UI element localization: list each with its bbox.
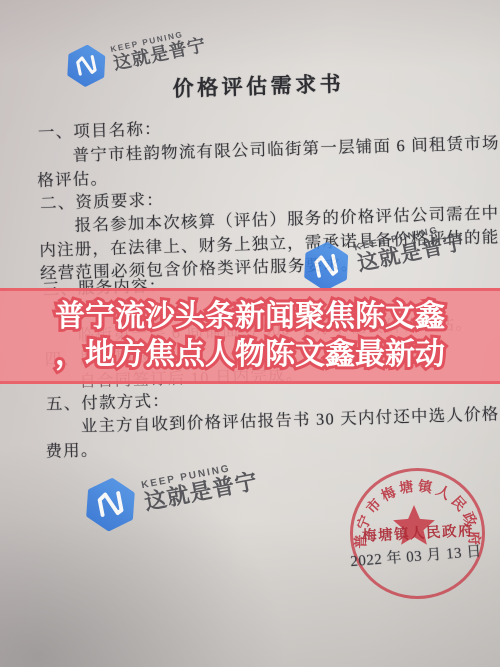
puning-logo-icon	[298, 238, 354, 294]
section5-line2: 费用。	[45, 436, 99, 462]
document-title: 价格评估需求书	[172, 68, 344, 103]
puning-logo-icon	[80, 474, 141, 535]
headline-line2: ，地方焦点人物陈文鑫最新动 ，地方焦点人物陈文鑫最新动	[0, 336, 500, 374]
section1-line2: 格评估。	[37, 165, 108, 191]
headline-line2-text: ，地方焦点人物陈文鑫最新动	[55, 337, 445, 372]
section1-heading: 一、项目名称：	[38, 115, 163, 143]
headline-line1-text: 普宁流沙头条新闻聚焦陈文鑫	[55, 299, 445, 334]
headline-line1: 普宁流沙头条新闻聚焦陈文鑫 普宁流沙头条新闻聚焦陈文鑫	[0, 298, 500, 336]
puning-logo-icon	[62, 41, 111, 90]
document-photo: 价格评估需求书 一、项目名称： 普宁市桂韵物流有限公司临街第一层铺面 6 间租赁…	[0, 0, 500, 667]
headline-overlay-band: 普宁流沙头条新闻聚焦陈文鑫 普宁流沙头条新闻聚焦陈文鑫 ，地方焦点人物陈文鑫最新…	[0, 288, 500, 384]
government-seal: 普宁市梅塘镇人民政府 梅塘镇人民政府 2022 年 03 月 13 日	[350, 468, 486, 600]
